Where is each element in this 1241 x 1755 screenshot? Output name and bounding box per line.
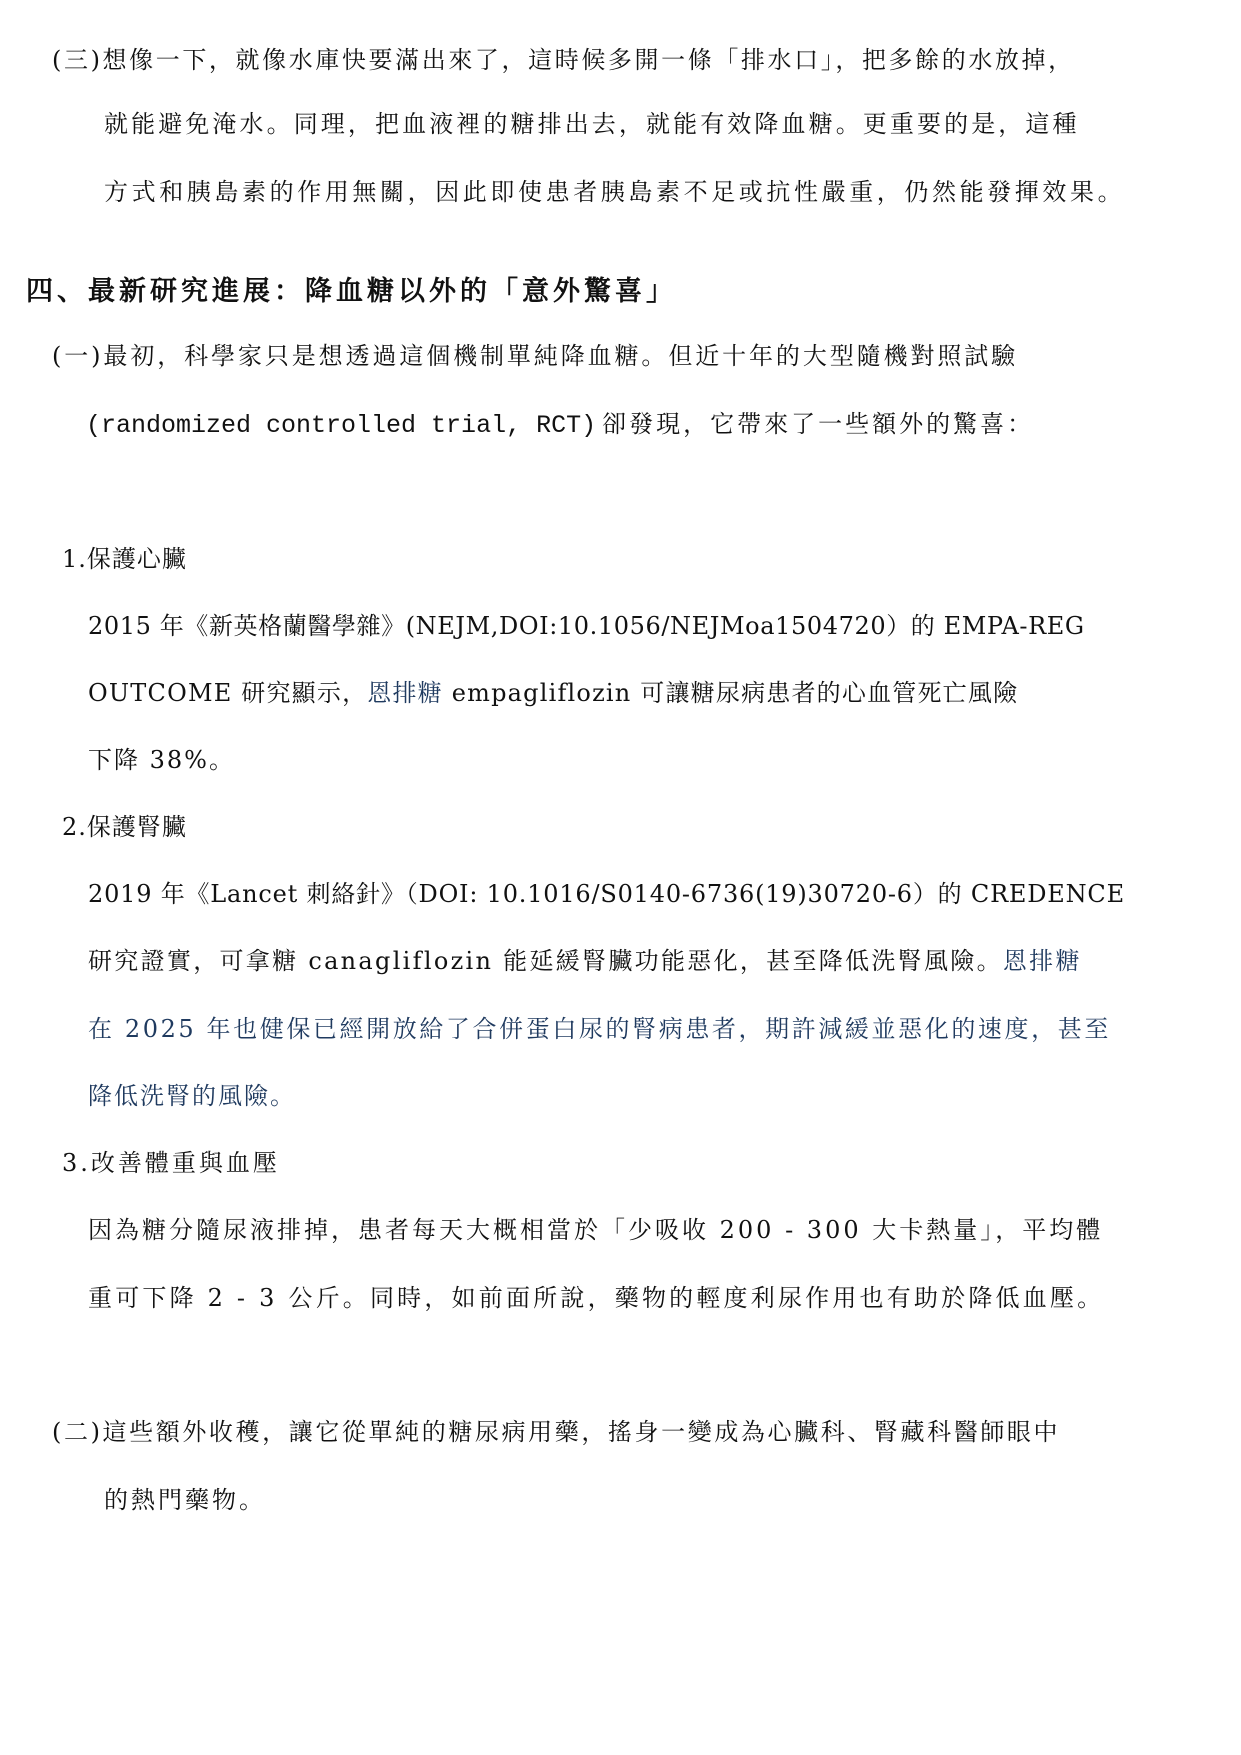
- item-1-line-2: OUTCOME 研究顯示，恩排糖 empagliflozin 可讓糖尿病患者的心…: [88, 677, 1018, 709]
- item-1-line-2-a: OUTCOME 研究顯示，: [88, 679, 367, 707]
- item-3-line-2: 重可下降 2 - 3 公斤。同時，如前面所說，藥物的輕度利尿作用也有助於降低血壓…: [88, 1282, 1104, 1314]
- para-3-line-2: 就能避免淹水。同理，把血液裡的糖排出去，就能有效降血糖。更重要的是，這種: [104, 108, 1080, 140]
- item-1-title: 1.保護心臟: [62, 543, 187, 575]
- section-heading: 四、最新研究進展：降血糖以外的「意外驚喜」: [26, 276, 677, 308]
- drug-name-empagliflozin-zh: 恩排糖: [1003, 947, 1082, 975]
- item-3-line-1: 因為糖分隨尿液排掉，患者每天大概相當於「少吸收 200 - 300 大卡熱量」，…: [88, 1214, 1103, 1246]
- item-2-line-2: 研究證實，可拿糖 canagliflozin 能延緩腎臟功能惡化，甚至降低洗腎風…: [88, 945, 1082, 977]
- item-1-line-2-b: empagliflozin 可讓糖尿病患者的心血管死亡風險: [443, 679, 1018, 707]
- para-1-line-2: (randomized controlled trial, RCT)卻發現，它帶…: [86, 408, 1034, 442]
- rct-term: (randomized controlled trial, RCT): [86, 411, 596, 440]
- para-3-line-1: (三)想像一下，就像水庫快要滿出來了，這時候多開一條「排水口」，把多餘的水放掉，: [52, 44, 1075, 76]
- para-2-line-1: (二)這些額外收穫，讓它從單純的糖尿病用藥，搖身一變成為心臟科、腎藏科醫師眼中: [52, 1416, 1060, 1448]
- item-3-title: 3.改善體重與血壓: [62, 1147, 280, 1179]
- para-1-line-1: (一)最初，科學家只是想透過這個機制單純降血糖。但近十年的大型隨機對照試驗: [52, 340, 1018, 372]
- item-2-line-3: 在 2025 年也健保已經開放給了合併蛋白尿的腎病患者，期許減緩並惡化的速度，甚…: [88, 1013, 1111, 1045]
- drug-name-empagliflozin-zh: 恩排糖: [367, 679, 443, 707]
- item-1-line-3: 下降 38%。: [88, 744, 235, 776]
- item-1-line-1: 2015 年《新英格蘭醫學雜》(NEJM,DOI:10.1056/NEJMoa1…: [88, 610, 1085, 642]
- para-3-line-3: 方式和胰島素的作用無關，因此即使患者胰島素不足或抗性嚴重，仍然能發揮效果。: [104, 176, 1125, 208]
- item-2-title: 2.保護腎臟: [62, 811, 187, 843]
- para-2-line-2: 的熱門藥物。: [104, 1484, 266, 1516]
- item-2-line-4: 降低洗腎的風險。: [88, 1080, 296, 1112]
- item-2-line-1: 2019 年《Lancet 刺絡針》（DOI: 10.1016/S0140-67…: [88, 878, 1125, 910]
- item-2-line-2-a: 研究證實，可拿糖 canagliflozin 能延緩腎臟功能惡化，甚至降低洗腎風…: [88, 947, 1003, 975]
- para-1-line-2-rest: 卻發現，它帶來了一些額外的驚喜：: [602, 410, 1034, 438]
